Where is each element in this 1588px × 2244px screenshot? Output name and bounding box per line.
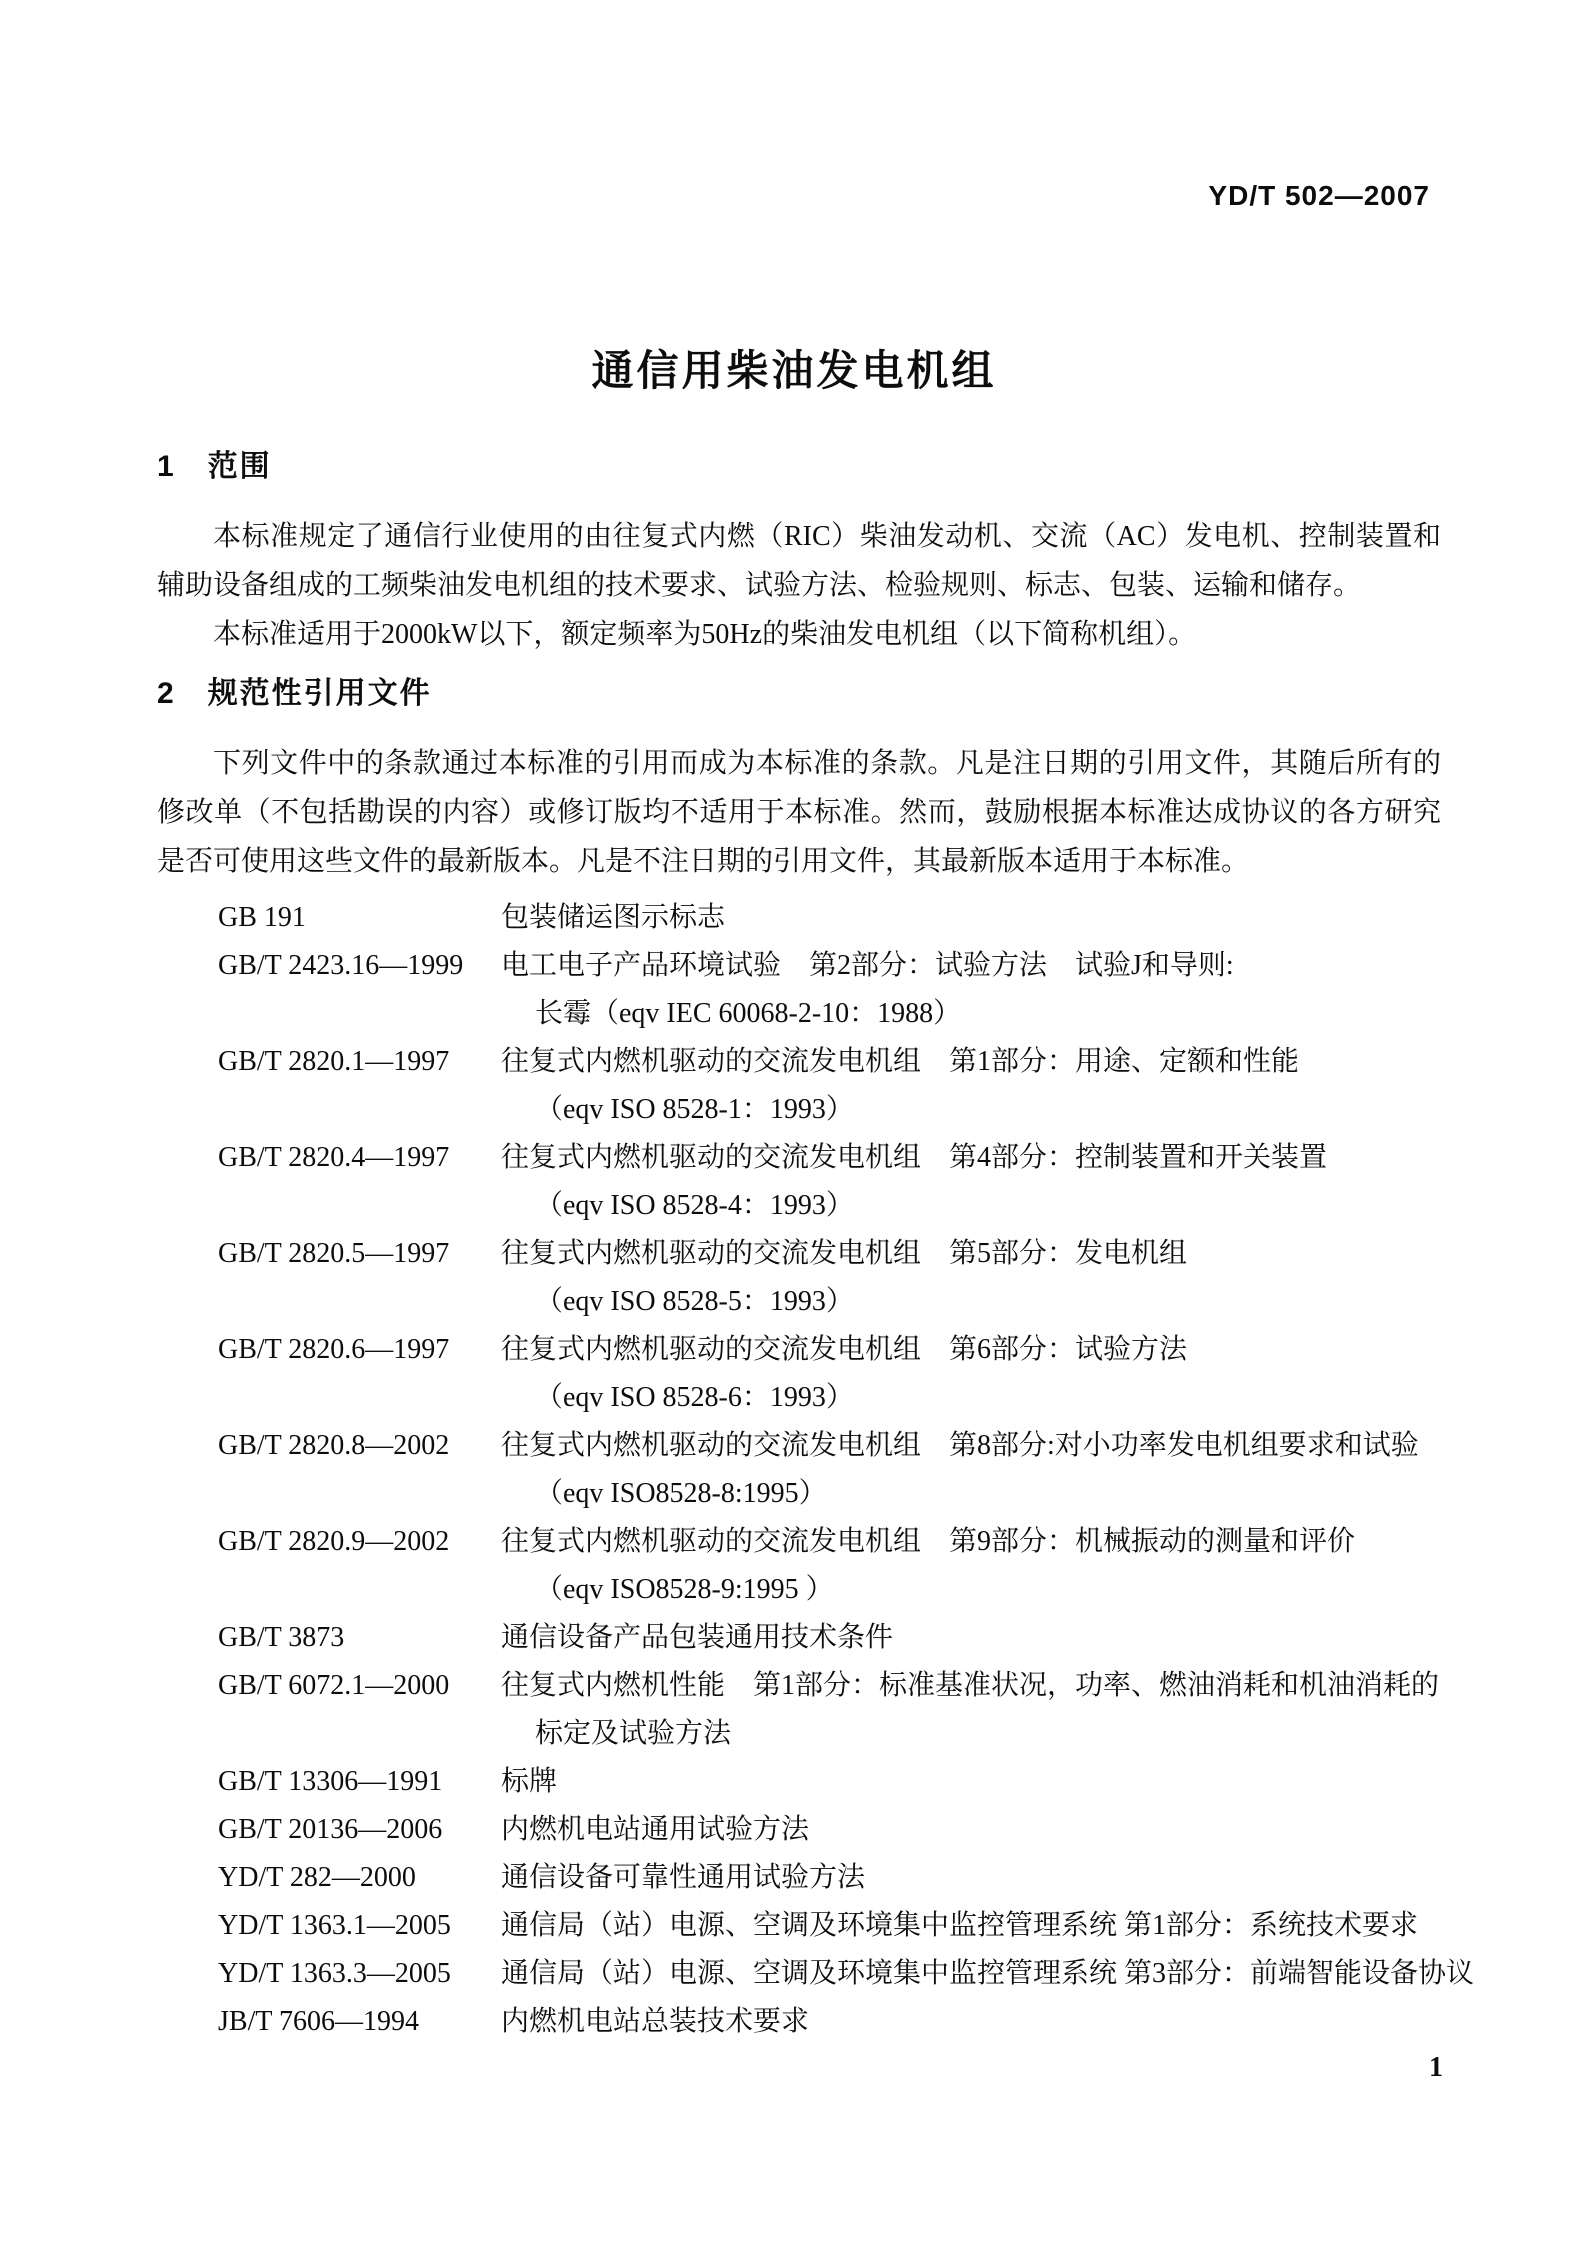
paragraph: 下列文件中的条款通过本标准的引用而成为本标准的条款。凡是注日期的引用文件，其随后…: [157, 739, 1441, 886]
reference-body: 往复式内燃机驱动的交流发电机组 第6部分：试验方法 （eqv ISO 8528-…: [501, 1326, 1441, 1422]
reference-entry: YD/T 1363.1—2005 通信局（站）电源、空调及环境集中监控管理系统 …: [157, 1902, 1441, 1950]
reference-title: 通信局（站）电源、空调及环境集中监控管理系统 第3部分：前端智能设备协议: [501, 1950, 1441, 1998]
reference-title: 内燃机电站通用试验方法: [501, 1806, 1441, 1854]
document-title: 通信用柴油发电机组: [0, 338, 1588, 398]
reference-body: 往复式内燃机性能 第1部分：标准基准状况，功率、燃油消耗和机油消耗的 标定及试验…: [501, 1662, 1441, 1758]
reference-body: 往复式内燃机驱动的交流发电机组 第5部分：发电机组 （eqv ISO 8528-…: [501, 1230, 1441, 1326]
reference-entry: GB/T 2820.5—1997 往复式内燃机驱动的交流发电机组 第5部分：发电…: [157, 1230, 1441, 1326]
reference-body: 内燃机电站通用试验方法: [501, 1806, 1441, 1854]
reference-title: 包装储运图示标志: [501, 894, 1441, 942]
reference-entry: YD/T 282—2000 通信设备可靠性通用试验方法: [157, 1854, 1441, 1902]
reference-id: YD/T 1363.3—2005: [218, 1950, 501, 1998]
document-body: 1范围 本标准规定了通信行业使用的由往复式内燃（RIC）柴油发动机、交流（AC）…: [157, 448, 1441, 2046]
reference-title: 通信设备可靠性通用试验方法: [501, 1854, 1441, 1902]
reference-body: 电工电子产品环境试验 第2部分：试验方法 试验J和导则: 长霉（eqv IEC …: [501, 942, 1441, 1038]
reference-entry: GB 191 包装储运图示标志: [157, 894, 1441, 942]
reference-title: 往复式内燃机驱动的交流发电机组 第4部分：控制装置和开关装置: [501, 1134, 1441, 1182]
reference-body: 通信局（站）电源、空调及环境集中监控管理系统 第3部分：前端智能设备协议: [501, 1950, 1441, 1998]
reference-id: YD/T 282—2000: [218, 1854, 501, 1902]
reference-id: GB/T 6072.1—2000: [218, 1662, 501, 1710]
reference-continuation: （eqv ISO8528-9:1995 ）: [501, 1566, 1441, 1614]
reference-continuation: （eqv ISO 8528-1：1993）: [501, 1086, 1441, 1134]
reference-id: GB/T 2820.6—1997: [218, 1326, 501, 1374]
document-page: YD/T 502—2007 通信用柴油发电机组 1范围 本标准规定了通信行业使用…: [0, 0, 1588, 2244]
reference-entry: GB/T 2820.9—2002 往复式内燃机驱动的交流发电机组 第9部分：机械…: [157, 1518, 1441, 1614]
paragraph: 本标准适用于2000kW以下，额定频率为50Hz的柴油发电机组（以下简称机组）。: [157, 610, 1441, 659]
reference-id: GB 191: [218, 894, 501, 942]
reference-continuation: （eqv ISO 8528-6：1993）: [501, 1374, 1441, 1422]
reference-entry: GB/T 3873 通信设备产品包装通用技术条件: [157, 1614, 1441, 1662]
reference-entry: YD/T 1363.3—2005 通信局（站）电源、空调及环境集中监控管理系统 …: [157, 1950, 1441, 1998]
reference-body: 包装储运图示标志: [501, 894, 1441, 942]
reference-continuation: 标定及试验方法: [501, 1710, 1441, 1758]
reference-body: 通信设备产品包装通用技术条件: [501, 1614, 1441, 1662]
reference-title: 往复式内燃机驱动的交流发电机组 第1部分：用途、定额和性能: [501, 1038, 1441, 1086]
reference-entry: JB/T 7606—1994 内燃机电站总装技术要求: [157, 1998, 1441, 2046]
page-number: 1: [1429, 2052, 1443, 2084]
section-heading: 2规范性引用文件: [157, 675, 1441, 713]
reference-body: 通信局（站）电源、空调及环境集中监控管理系统 第1部分：系统技术要求: [501, 1902, 1441, 1950]
reference-body: 往复式内燃机驱动的交流发电机组 第8部分:对小功率发电机组要求和试验 （eqv …: [501, 1422, 1441, 1518]
reference-id: GB/T 2820.9—2002: [218, 1518, 501, 1566]
standard-code-header: YD/T 502—2007: [1208, 180, 1430, 212]
references-list: GB 191 包装储运图示标志 GB/T 2423.16—1999 电工电子产品…: [157, 894, 1441, 2046]
reference-entry: GB/T 2423.16—1999 电工电子产品环境试验 第2部分：试验方法 试…: [157, 942, 1441, 1038]
reference-title: 通信局（站）电源、空调及环境集中监控管理系统 第1部分：系统技术要求: [501, 1902, 1441, 1950]
reference-id: JB/T 7606—1994: [218, 1998, 501, 2046]
section-normative-references: 2规范性引用文件 下列文件中的条款通过本标准的引用而成为本标准的条款。凡是注日期…: [157, 675, 1441, 2046]
reference-body: 往复式内燃机驱动的交流发电机组 第9部分：机械振动的测量和评价 （eqv ISO…: [501, 1518, 1441, 1614]
reference-id: GB/T 2820.4—1997: [218, 1134, 501, 1182]
reference-title: 往复式内燃机驱动的交流发电机组 第6部分：试验方法: [501, 1326, 1441, 1374]
reference-id: GB/T 2820.5—1997: [218, 1230, 501, 1278]
reference-id: GB/T 2820.8—2002: [218, 1422, 501, 1470]
reference-entry: GB/T 2820.8—2002 往复式内燃机驱动的交流发电机组 第8部分:对小…: [157, 1422, 1441, 1518]
reference-id: GB/T 2820.1—1997: [218, 1038, 501, 1086]
reference-id: YD/T 1363.1—2005: [218, 1902, 501, 1950]
reference-id: GB/T 2423.16—1999: [218, 942, 501, 990]
reference-continuation: 长霉（eqv IEC 60068-2-10：1988）: [501, 990, 1441, 1038]
section-title: 规范性引用文件: [208, 677, 432, 710]
reference-title: 往复式内燃机性能 第1部分：标准基准状况，功率、燃油消耗和机油消耗的: [501, 1662, 1441, 1710]
reference-continuation: （eqv ISO8528-8:1995）: [501, 1470, 1441, 1518]
reference-continuation: （eqv ISO 8528-4：1993）: [501, 1182, 1441, 1230]
reference-title: 往复式内燃机驱动的交流发电机组 第9部分：机械振动的测量和评价: [501, 1518, 1441, 1566]
reference-body: 往复式内燃机驱动的交流发电机组 第4部分：控制装置和开关装置 （eqv ISO …: [501, 1134, 1441, 1230]
reference-body: 内燃机电站总装技术要求: [501, 1998, 1441, 2046]
section-heading: 1范围: [157, 448, 1441, 486]
reference-title: 内燃机电站总装技术要求: [501, 1998, 1441, 2046]
reference-entry: GB/T 6072.1—2000 往复式内燃机性能 第1部分：标准基准状况，功率…: [157, 1662, 1441, 1758]
reference-entry: GB/T 2820.4—1997 往复式内燃机驱动的交流发电机组 第4部分：控制…: [157, 1134, 1441, 1230]
reference-entry: GB/T 2820.6—1997 往复式内燃机驱动的交流发电机组 第6部分：试验…: [157, 1326, 1441, 1422]
reference-title: 电工电子产品环境试验 第2部分：试验方法 试验J和导则:: [501, 942, 1441, 990]
reference-body: 通信设备可靠性通用试验方法: [501, 1854, 1441, 1902]
section-number: 2: [157, 675, 174, 713]
reference-entry: GB/T 20136—2006 内燃机电站通用试验方法: [157, 1806, 1441, 1854]
reference-title: 通信设备产品包装通用技术条件: [501, 1614, 1441, 1662]
reference-entry: GB/T 2820.1—1997 往复式内燃机驱动的交流发电机组 第1部分：用途…: [157, 1038, 1441, 1134]
reference-id: GB/T 13306—1991: [218, 1758, 501, 1806]
reference-id: GB/T 20136—2006: [218, 1806, 501, 1854]
reference-id: GB/T 3873: [218, 1614, 501, 1662]
section-title: 范围: [208, 450, 272, 483]
section-number: 1: [157, 448, 174, 486]
reference-body: 往复式内燃机驱动的交流发电机组 第1部分：用途、定额和性能 （eqv ISO 8…: [501, 1038, 1441, 1134]
reference-title: 往复式内燃机驱动的交流发电机组 第8部分:对小功率发电机组要求和试验: [501, 1422, 1441, 1470]
reference-title: 标牌: [501, 1758, 1441, 1806]
reference-body: 标牌: [501, 1758, 1441, 1806]
paragraph: 本标准规定了通信行业使用的由往复式内燃（RIC）柴油发动机、交流（AC）发电机、…: [157, 512, 1441, 610]
reference-continuation: （eqv ISO 8528-5：1993）: [501, 1278, 1441, 1326]
section-scope: 1范围 本标准规定了通信行业使用的由往复式内燃（RIC）柴油发动机、交流（AC）…: [157, 448, 1441, 659]
reference-entry: GB/T 13306—1991 标牌: [157, 1758, 1441, 1806]
reference-title: 往复式内燃机驱动的交流发电机组 第5部分：发电机组: [501, 1230, 1441, 1278]
